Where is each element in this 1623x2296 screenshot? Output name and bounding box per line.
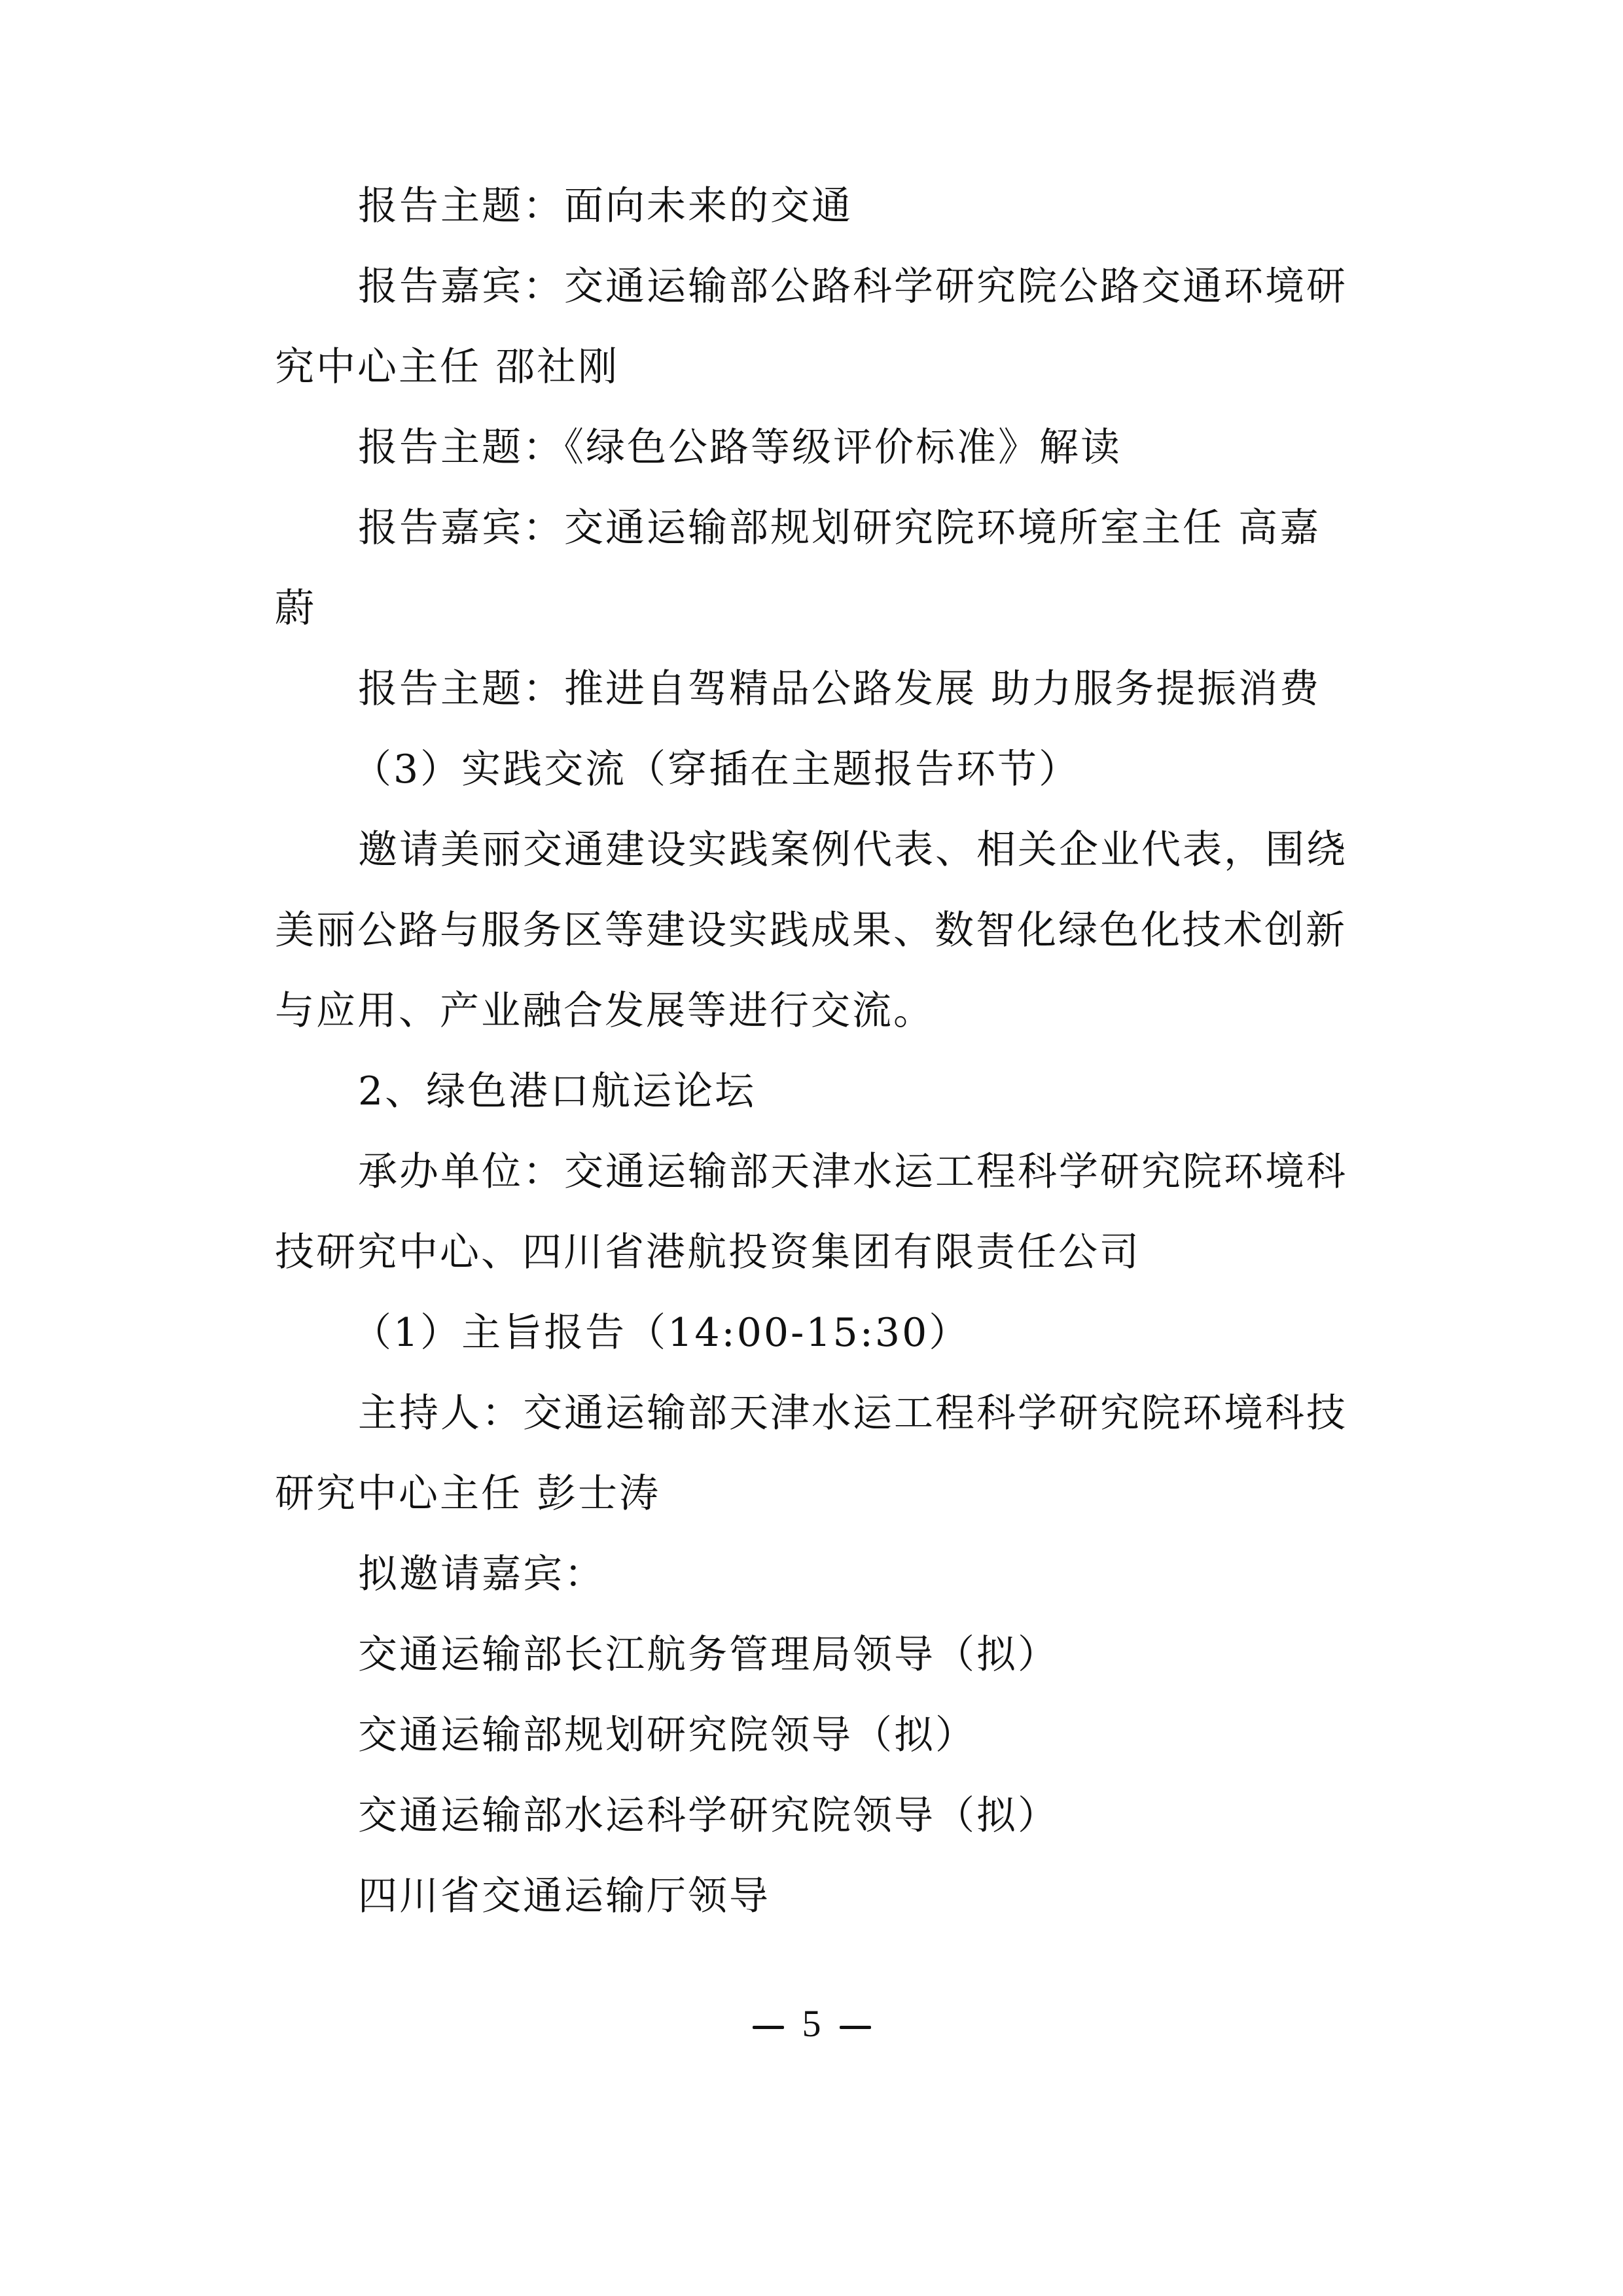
page-number-value: 5 [802, 2002, 821, 2045]
paragraph-line: 与应用、产业融合发展等进行交流。 [275, 976, 1355, 1057]
paragraph-line: 邀请美丽交通建设实践案例代表、相关企业代表，围绕 [275, 815, 1355, 896]
invited-guest-item: 交通运输部长江航务管理局领导（拟） [275, 1620, 1355, 1701]
section-heading-practice-exchange: （3）实践交流（穿插在主题报告环节） [275, 735, 1355, 815]
invited-guest-item: 交通运输部水运科学研究院领导（拟） [275, 1781, 1355, 1862]
invited-guest-item: 交通运输部规划研究院领导（拟） [275, 1701, 1355, 1781]
report-speaker-line-cont: 蔚 [275, 574, 1355, 654]
document-body: 报告主题：面向未来的交通 报告嘉宾：交通运输部公路科学研究院公路交通环境研 究中… [275, 171, 1355, 1942]
document-page: 报告主题：面向未来的交通 报告嘉宾：交通运输部公路科学研究院公路交通环境研 究中… [0, 0, 1623, 2296]
host-line: 主持人：交通运输部天津水运工程科学研究院环境科技 [275, 1379, 1355, 1459]
report-speaker-line: 报告嘉宾：交通运输部规划研究院环境所室主任 高嘉 [275, 493, 1355, 574]
organizer-line: 承办单位：交通运输部天津水运工程科学研究院环境科 [275, 1137, 1355, 1218]
section-heading-keynote: （1）主旨报告（14:00-15:30） [275, 1298, 1355, 1379]
invited-guest-item: 四川省交通运输厅领导 [275, 1862, 1355, 1942]
report-speaker-line: 报告嘉宾：交通运输部公路科学研究院公路交通环境研 [275, 252, 1355, 332]
invited-guests-label: 拟邀请嘉宾： [275, 1540, 1355, 1620]
dash-left [753, 2026, 784, 2029]
dash-right [840, 2026, 871, 2029]
organizer-line-cont: 技研究中心、四川省港航投资集团有限责任公司 [275, 1218, 1355, 1298]
report-speaker-line-cont: 究中心主任 邵社刚 [275, 332, 1355, 413]
page-number: 5 [0, 2001, 1623, 2047]
section-heading-green-port-forum: 2、绿色港口航运论坛 [275, 1057, 1355, 1137]
host-line-cont: 研究中心主任 彭士涛 [275, 1459, 1355, 1540]
paragraph-line: 美丽公路与服务区等建设实践成果、数智化绿色化技术创新 [275, 896, 1355, 976]
report-topic-line: 报告主题：《绿色公路等级评价标准》解读 [275, 413, 1355, 493]
report-topic-line: 报告主题：推进自驾精品公路发展 助力服务提振消费 [275, 654, 1355, 735]
report-topic-line: 报告主题：面向未来的交通 [275, 171, 1355, 252]
